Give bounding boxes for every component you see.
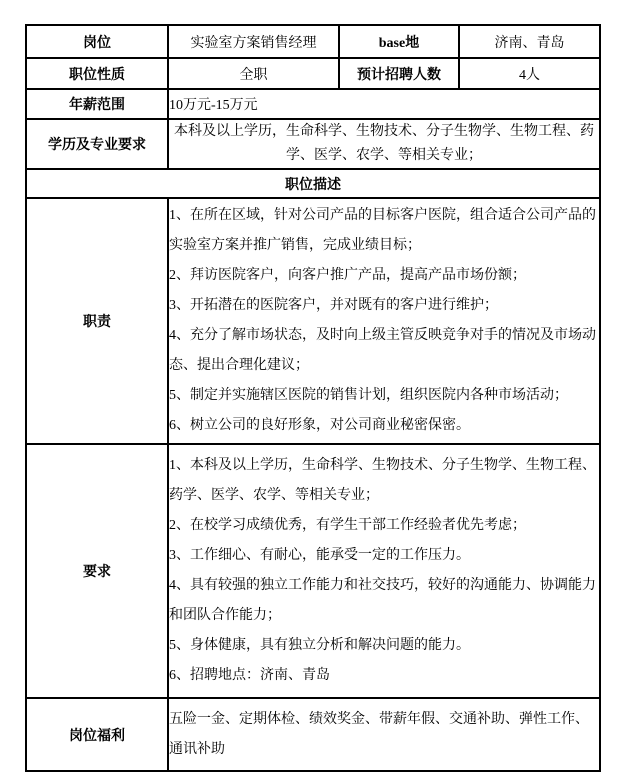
duties-item: 6、树立公司的良好形象，对公司商业秘密保密。 — [169, 411, 599, 441]
table-row: 岗位 实验室方案销售经理 base地 济南、青岛 — [26, 25, 600, 58]
benefits-value-cell: 五险一金、定期体检、绩效奖金、带薪年假、交通补助、弹性工作、通讯补助 — [168, 698, 600, 771]
table-row: 岗位福利 五险一金、定期体检、绩效奖金、带薪年假、交通补助、弹性工作、通讯补助 — [26, 698, 600, 771]
job-description-document: 岗位 实验室方案销售经理 base地 济南、青岛 职位性质 全职 预计招聘人数 … — [25, 24, 601, 772]
table-row: 职位性质 全职 预计招聘人数 4人 — [26, 58, 600, 89]
duties-item: 1、在所在区域，针对公司产品的目标客户医院，组合适合公司产品的实验室方案并推广销… — [169, 201, 599, 261]
job-type-label-cell: 职位性质 — [26, 58, 168, 89]
education-label-cell: 学历及专业要求 — [26, 119, 168, 169]
education-value-cell: 本科及以上学历，生命科学、生物技术、分子生物学、生物工程、药学、医学、农学、等相… — [168, 119, 600, 169]
description-header-cell: 职位描述 — [26, 169, 600, 198]
requirements-item: 4、具有较强的独立工作能力和社交技巧，较好的沟通能力、协调能力和团队合作能力； — [169, 571, 599, 631]
requirements-item: 5、身体健康，具有独立分析和解决问题的能力。 — [169, 631, 599, 661]
requirements-content-cell: 1、本科及以上学历，生命科学、生物技术、分子生物学、生物工程、药学、医学、农学、… — [168, 444, 600, 698]
requirements-item: 6、招聘地点：济南、青岛 — [169, 661, 599, 691]
duties-item: 4、充分了解市场状态，及时向上级主管反映竞争对手的情况及市场动态、提出合理化建议… — [169, 321, 599, 381]
requirements-item: 1、本科及以上学历，生命科学、生物技术、分子生物学、生物工程、药学、医学、农学、… — [169, 451, 599, 511]
headcount-label-cell: 预计招聘人数 — [339, 58, 459, 89]
base-location-value-cell: 济南、青岛 — [459, 25, 600, 58]
headcount-value-cell: 4人 — [459, 58, 600, 89]
requirements-item: 3、工作细心、有耐心，能承受一定的工作压力。 — [169, 541, 599, 571]
duties-item: 2、拜访医院客户，向客户推广产品，提高产品市场份额； — [169, 261, 599, 291]
table-row: 学历及专业要求 本科及以上学历，生命科学、生物技术、分子生物学、生物工程、药学、… — [26, 119, 600, 169]
table-row: 职责 1、在所在区域，针对公司产品的目标客户医院，组合适合公司产品的实验室方案并… — [26, 198, 600, 444]
base-location-label-cell: base地 — [339, 25, 459, 58]
requirements-label-cell: 要求 — [26, 444, 168, 698]
duties-item: 3、开拓潜在的医院客户，并对既有的客户进行维护； — [169, 291, 599, 321]
requirements-item: 2、在校学习成绩优秀，有学生干部工作经验者优先考虑； — [169, 511, 599, 541]
table-row: 要求 1、本科及以上学历，生命科学、生物技术、分子生物学、生物工程、药学、医学、… — [26, 444, 600, 698]
table-row: 职位描述 — [26, 169, 600, 198]
salary-value-cell: 10万元-15万元 — [168, 89, 600, 119]
position-value-cell: 实验室方案销售经理 — [168, 25, 339, 58]
benefits-label-cell: 岗位福利 — [26, 698, 168, 771]
salary-label-cell: 年薪范围 — [26, 89, 168, 119]
table-row: 年薪范围 10万元-15万元 — [26, 89, 600, 119]
duties-label-cell: 职责 — [26, 198, 168, 444]
job-type-value-cell: 全职 — [168, 58, 339, 89]
duties-content-cell: 1、在所在区域，针对公司产品的目标客户医院，组合适合公司产品的实验室方案并推广销… — [168, 198, 600, 444]
duties-item: 5、制定并实施辖区医院的销售计划，组织医院内各种市场活动； — [169, 381, 599, 411]
position-label-cell: 岗位 — [26, 25, 168, 58]
job-table: 岗位 实验室方案销售经理 base地 济南、青岛 职位性质 全职 预计招聘人数 … — [25, 24, 601, 772]
